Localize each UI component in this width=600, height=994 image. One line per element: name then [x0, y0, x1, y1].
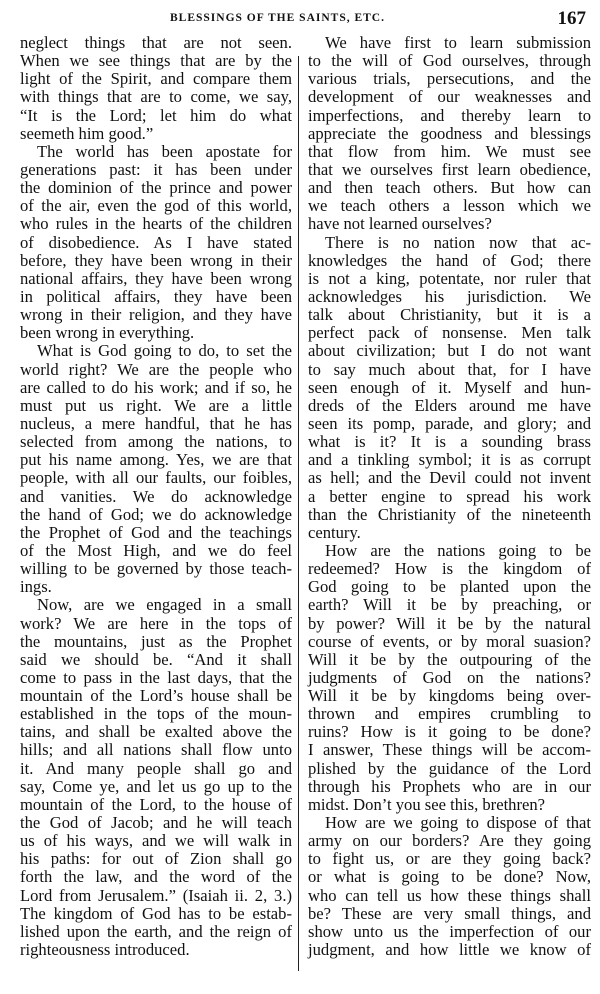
text-line: be? These are very small things, and [308, 905, 591, 923]
text-line: put his name among. Yes, we are that [20, 451, 292, 469]
text-line: “It is the Lord; let him do what [20, 107, 292, 125]
text-line: people, with all our faults, our foibles… [20, 469, 292, 487]
text-line: course of events, or by moral suasion? [308, 633, 591, 651]
text-line: and a tinkling symbol; it is as corrupt [308, 451, 591, 469]
text-line: by power? Will it be by the natural [308, 615, 591, 633]
text-line: We have first to learn submission [308, 34, 591, 52]
text-line: thrown and empires crumbling to [308, 705, 591, 723]
text-line: hills; and all nations shall flow unto [20, 741, 292, 759]
text-line: been wrong in everything. [20, 324, 292, 342]
text-line: light of the Spirit, and compare them [20, 70, 292, 88]
text-line: seemeth him good.” [20, 125, 292, 143]
text-line: work? We are here in the tops of [20, 615, 292, 633]
text-line: we teach others a lesson which we [308, 197, 591, 215]
text-line: tains, and shall be exalted above the [20, 723, 292, 741]
text-line: lished upon the earth, and the reign of [20, 923, 292, 941]
text-line: us of his ways, and we will walk in [20, 832, 292, 850]
text-line: Will it be by kingdoms being over- [308, 687, 591, 705]
text-line: There is no nation now that ac- [308, 234, 591, 252]
text-line: wrong in their religion, and they have [20, 306, 292, 324]
text-line: earth? Will it be by preaching, or [308, 596, 591, 614]
text-line: show unto us the imperfection of our [308, 923, 591, 941]
text-line: as hell; and the Devil could not invent [308, 469, 591, 487]
text-line: knowledges the hand of God; there [308, 252, 591, 270]
text-line: neglect things that are not seen. [20, 34, 292, 52]
text-line: say, Come ye, and let us go up to the [20, 778, 292, 796]
text-line: and vanities. We do acknowledge [20, 488, 292, 506]
text-line: of the Most High, and we do feel [20, 542, 292, 560]
text-line: When we see things that are by the [20, 52, 292, 70]
text-line: that flow from him. We must see [308, 143, 591, 161]
text-line: seen enough of it. Myself and hun- [308, 379, 591, 397]
text-line: mountain of the Lord’s house shall be [20, 687, 292, 705]
right-column: We have first to learn submissionto the … [308, 34, 591, 959]
text-line: appreciate the goodness and blessings [308, 125, 591, 143]
text-line: through his Prophets who are in our [308, 778, 591, 796]
text-line: the mountains, just as the Prophet [20, 633, 292, 651]
text-line: it. And many people shall go and [20, 760, 292, 778]
text-line: Will it be by the outpouring of the [308, 651, 591, 669]
text-line: century. [308, 524, 591, 542]
text-line: I answer, These things will be accom- [308, 741, 591, 759]
text-line: redeemed? How is the kingdom of [308, 560, 591, 578]
text-line: imperfections, and thereby learn to [308, 107, 591, 125]
text-line: Lord from Jerusalem.” (Isaiah ii. 2, 3.) [20, 887, 292, 905]
text-line: who rules in the hearts of the children [20, 215, 292, 233]
text-line: selected from among the nations, to [20, 433, 292, 451]
text-line: world right? We are the people who [20, 361, 292, 379]
text-line: The kingdom of God has to be estab- [20, 905, 292, 923]
text-line: the dominion of the prince and power [20, 179, 292, 197]
text-line: nucleus, a mere handful, that he has [20, 415, 292, 433]
text-line: the hand of God; we do acknowledge [20, 506, 292, 524]
text-line: talk about Christianity, but it is a [308, 306, 591, 324]
left-column: neglect things that are not seen.When we… [20, 34, 292, 959]
text-line: judgments of God on the nations? [308, 669, 591, 687]
text-line: righteousness introduced. [20, 941, 292, 959]
text-line: come to pass in the last days, that the [20, 669, 292, 687]
text-line: How are the nations going to be [308, 542, 591, 560]
text-line: must put us right. We are a little [20, 397, 292, 415]
text-line: the Prophet of God and the teachings [20, 524, 292, 542]
text-line: about civilization; but I do not want [308, 342, 591, 360]
page-header: BLESSINGS OF THE SAINTS, ETC. 167 [0, 10, 600, 32]
text-line: established in the tops of the moun- [20, 705, 292, 723]
text-line: who can tell us how these things shall [308, 887, 591, 905]
text-line: How are we going to dispose of that [308, 814, 591, 832]
text-line: of the air, even the god of this world, [20, 197, 292, 215]
page-number: 167 [558, 8, 587, 30]
text-line: have not learned ourselves? [308, 215, 591, 233]
text-line: What is God going to do, to set the [20, 342, 292, 360]
text-line: ings. [20, 578, 292, 596]
text-line: of disobedience. As I have stated [20, 234, 292, 252]
text-line: or what is going to be done? Now, [308, 868, 591, 886]
text-line: army on our borders? Are they going [308, 832, 591, 850]
text-line: dreds of the Elders around me have [308, 397, 591, 415]
text-line: plished by the guidance of the Lord [308, 760, 591, 778]
text-line: that we ourselves first learn obedience, [308, 161, 591, 179]
text-line: before, they have been wrong in their [20, 252, 292, 270]
running-title: BLESSINGS OF THE SAINTS, ETC. [170, 12, 385, 24]
text-line: midst. Don’t you see this, brethren? [308, 796, 591, 814]
text-line: willing to be governed by those teach- [20, 560, 292, 578]
text-line: various trials, persecutions, and the [308, 70, 591, 88]
text-line: to fight us, or are they going back? [308, 850, 591, 868]
text-line: with things that are to come, we say, [20, 88, 292, 106]
text-line: mountain of the Lord, to the house of [20, 796, 292, 814]
text-line: The world has been apostate for [20, 143, 292, 161]
text-line: to the will of God ourselves, through [308, 52, 591, 70]
text-line: is not a king, potentate, nor ruler that [308, 270, 591, 288]
text-line: than the Christianity of the nineteenth [308, 506, 591, 524]
text-line: are called to do his work; and if so, he [20, 379, 292, 397]
text-line: acknowledges his jurisdiction. We [308, 288, 591, 306]
text-line: perfect pack of nonsense. Men talk [308, 324, 591, 342]
text-line: the God of Jacob; and he will teach [20, 814, 292, 832]
text-line: to say much about that, for I have [308, 361, 591, 379]
text-line: a better engine to spread his work [308, 488, 591, 506]
column-divider [298, 56, 299, 971]
text-line: generations past: it has been under [20, 161, 292, 179]
text-line: and then teach others. But how can [308, 179, 591, 197]
text-line: development of our weaknesses and [308, 88, 591, 106]
text-line: God going to be planted upon the [308, 578, 591, 596]
text-line: ruins? How is it going to be done? [308, 723, 591, 741]
text-line: judgment, and how little we know of [308, 941, 591, 959]
text-line: forth the law, and the word of the [20, 868, 292, 886]
text-line: Now, are we engaged in a small [20, 596, 292, 614]
text-line: what is it? It is a sounding brass [308, 433, 591, 451]
text-line: his paths: for out of Zion shall go [20, 850, 292, 868]
text-line: said we should be. “And it shall [20, 651, 292, 669]
text-line: national affairs, they have been wrong [20, 270, 292, 288]
text-line: in political affairs, they have been [20, 288, 292, 306]
text-line: seen its pomp, parade, and glory; and [308, 415, 591, 433]
